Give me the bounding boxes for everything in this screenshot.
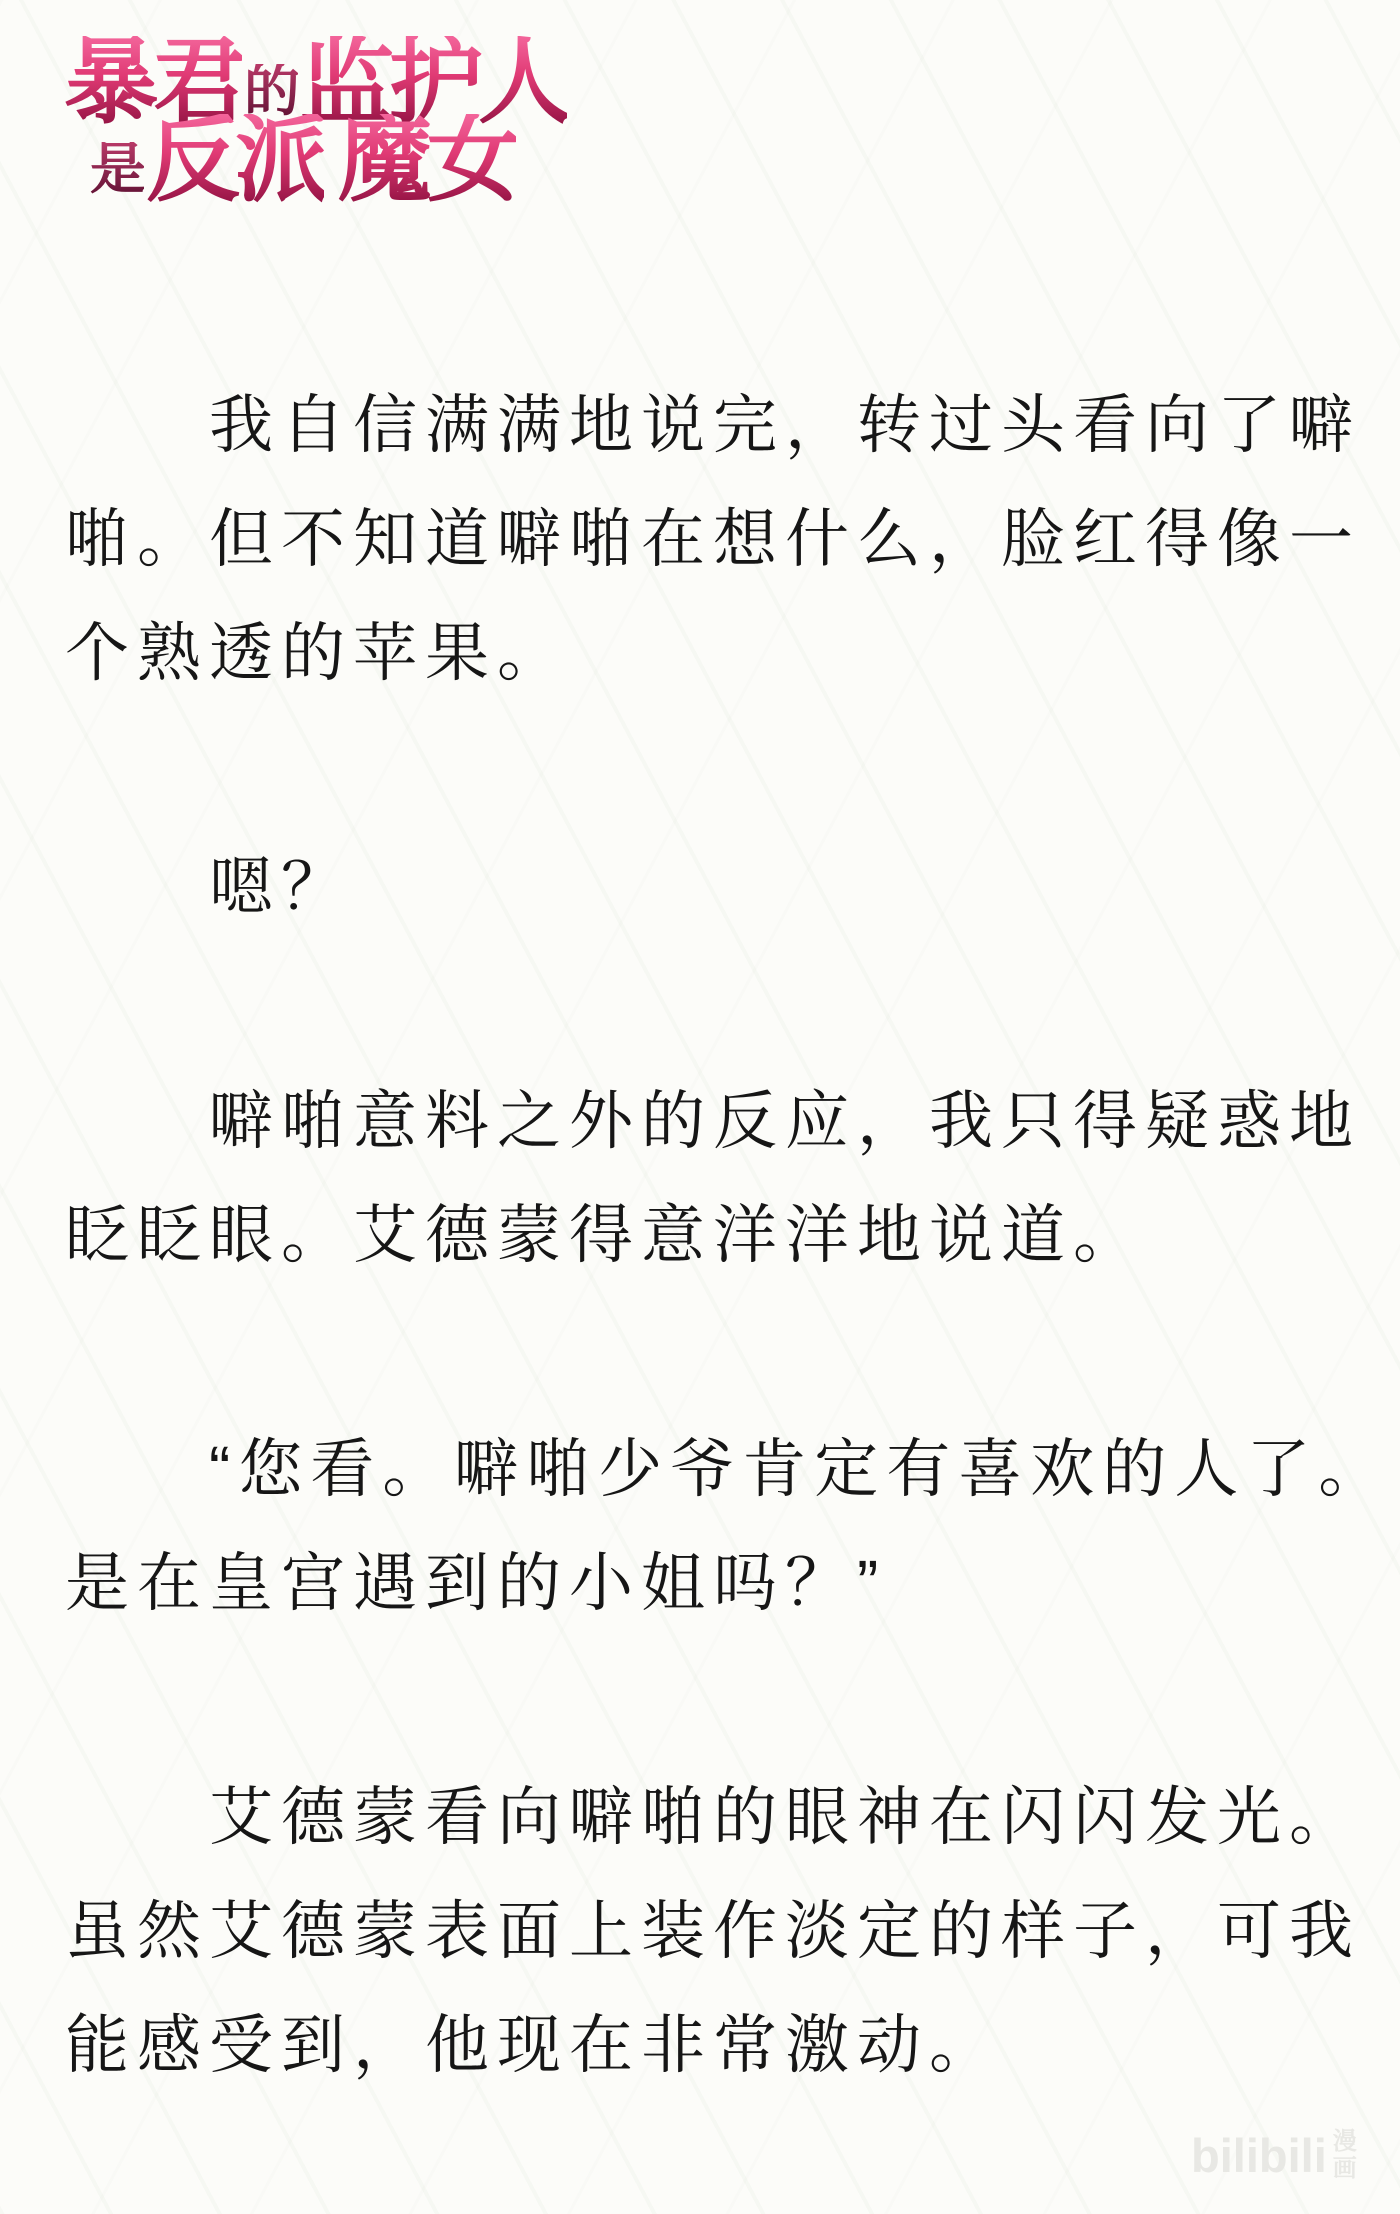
bilibili-manga-label: 漫 画 [1333,2128,1357,2182]
text-line: 艾德蒙看向噼啪的眼神在闪闪发光。 [65,1760,1375,1874]
text-line: 是在皇宫遇到的小姐吗？” [65,1526,1375,1640]
text-line: 能感受到，他现在非常激动。 [65,1988,1375,2102]
text-line: 我自信满满地说完，转过头看向了噼 [65,368,1375,482]
text-line: 虽然艾德蒙表面上装作淡定的样子，可我 [65,1874,1375,1988]
paragraph: “您看。噼啪少爷肯定有喜欢的人了。 是在皇宫遇到的小姐吗？” [65,1412,1375,1640]
text-line: “您看。噼啪少爷肯定有喜欢的人了。 [65,1412,1375,1526]
paragraph: 噼啪意料之外的反应，我只得疑惑地 眨眨眼。艾德蒙得意洋洋地说道。 [65,1064,1375,1292]
logo-text: 是 [90,142,144,198]
logo-text: 魔女 [338,114,516,208]
novel-text-body: 我自信满满地说完，转过头看向了噼 啪。但不知道噼啪在想什么，脸红得像一 个熟透的… [65,368,1375,2102]
text-line: 啪。但不知道噼啪在想什么，脸红得像一 [65,482,1375,596]
text-line: 个熟透的苹果。 [65,596,1375,710]
bilibili-logo-text: bilibili [1191,2126,1327,2186]
manga-label-char: 漫 [1333,2128,1357,2155]
comic-text-page[interactable]: 暴君 的 监护人 是 反派 魔女 我自信满满地说完，转过头看向了噼 啪。但不知道… [0,0,1400,2214]
text-line: 噼啪意料之外的反应，我只得疑惑地 [65,1064,1375,1178]
paragraph: 我自信满满地说完，转过头看向了噼 啪。但不知道噼啪在想什么，脸红得像一 个熟透的… [65,368,1375,710]
paragraph: 艾德蒙看向噼啪的眼神在闪闪发光。 虽然艾德蒙表面上装作淡定的样子，可我 能感受到… [65,1760,1375,2102]
text-line: 嗯？ [65,830,1375,944]
text-line: 眨眨眼。艾德蒙得意洋洋地说道。 [65,1178,1375,1292]
series-logo-line-2: 是 反派 魔女 [88,114,516,208]
paragraph: 嗯？ [65,830,1375,944]
manga-label-char: 画 [1333,2155,1357,2182]
bilibili-watermark: bilibili 漫 画 [1191,2126,1357,2186]
logo-text: 反派 [146,114,324,208]
